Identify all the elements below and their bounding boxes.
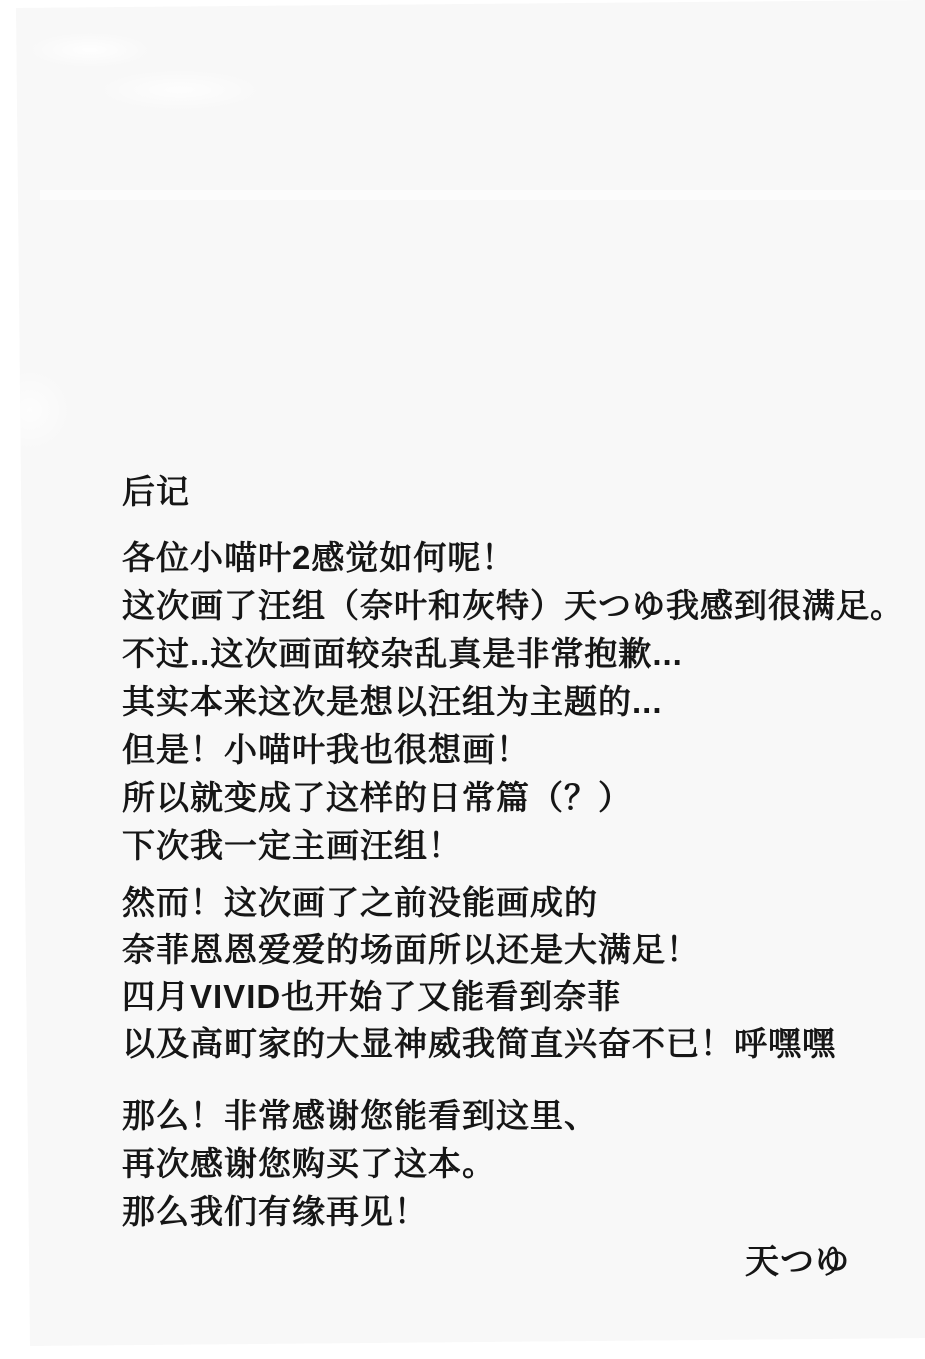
author-signature: 天つゆ: [745, 1238, 850, 1286]
afterword-line: 其实本来这次是想以汪组为主题的...: [122, 678, 904, 726]
scan-artifact-smudge: [30, 20, 330, 130]
afterword-line: 再次感谢您购买了这本。: [122, 1140, 598, 1188]
afterword-line: 不过..这次画面较杂乱真是非常抱歉...: [122, 630, 904, 678]
scan-artifact-band: [40, 190, 925, 200]
afterword-title: 后记: [122, 468, 190, 516]
afterword-paragraph: 那么！非常感谢您能看到这里、 再次感谢您购买了这本。 那么我们有缘再见！: [122, 1092, 598, 1236]
afterword-line: 四月VIVID也开始了又能看到奈菲: [122, 973, 836, 1020]
afterword-paragraph: 然而！这次画了之前没能画成的 奈菲恩恩爱爱的场面所以还是大满足！ 四月VIVID…: [122, 879, 836, 1067]
afterword-line: 但是！小喵叶我也很想画！: [122, 726, 904, 774]
afterword-line: 然而！这次画了之前没能画成的: [122, 879, 836, 926]
afterword-line: 所以就变成了这样的日常篇（？）: [122, 774, 904, 822]
afterword-line: 这次画了汪组（奈叶和灰特）天つゆ我感到很满足。: [122, 582, 904, 630]
afterword-line: 那么我们有缘再见！: [122, 1188, 598, 1236]
afterword-line: 下次我一定主画汪组！: [122, 822, 904, 870]
afterword-line: 以及高町家的大显神威我简直兴奋不已！呼嘿嘿: [122, 1020, 836, 1067]
afterword-line: 各位小喵叶2感觉如何呢！: [122, 534, 904, 582]
scan-artifact-smudge: [0, 320, 140, 500]
afterword-line: 那么！非常感谢您能看到这里、: [122, 1092, 598, 1140]
afterword-line: 奈菲恩恩爱爱的场面所以还是大满足！: [122, 926, 836, 973]
afterword-paragraph: 各位小喵叶2感觉如何呢！ 这次画了汪组（奈叶和灰特）天つゆ我感到很满足。 不过.…: [122, 534, 904, 870]
